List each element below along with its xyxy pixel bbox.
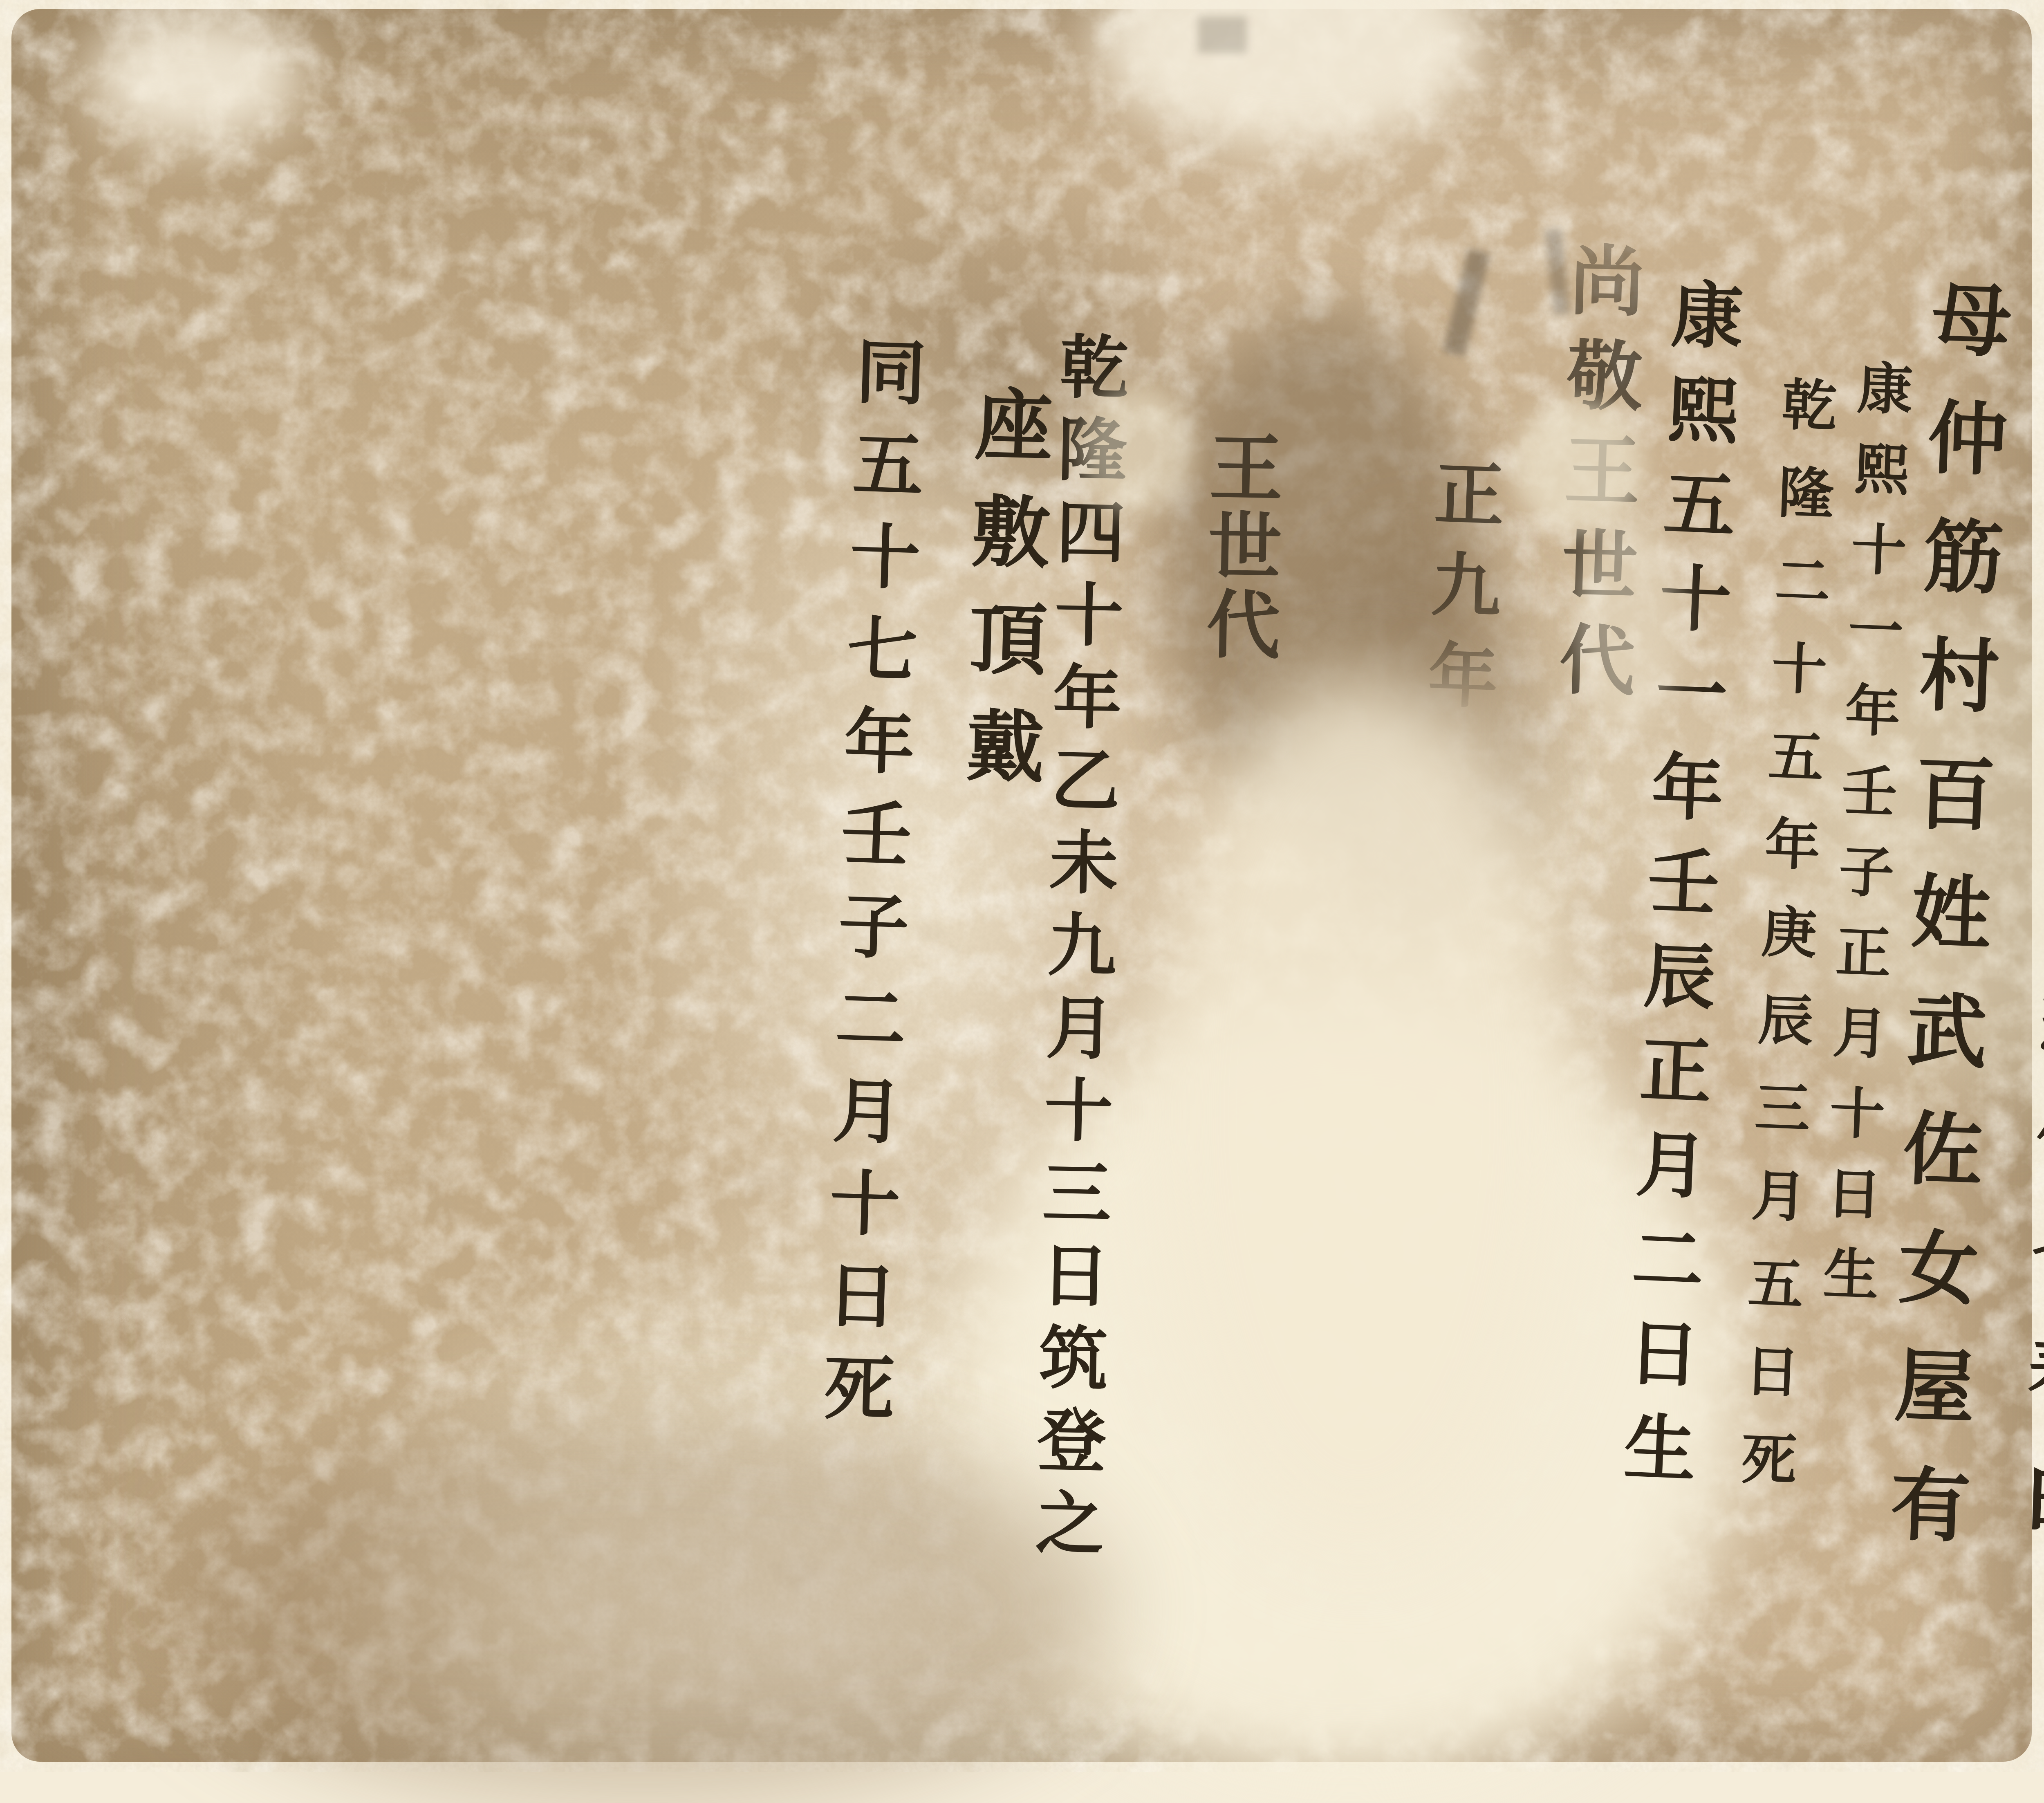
- column-zashiki-grant: 座敷頂戴: [941, 383, 1064, 814]
- column-reign-sho-kei: 尚敬王世代: [1535, 240, 1656, 717]
- column-reign-heading: 王世代: [1183, 428, 1293, 666]
- column-yongzheng-9-year: 正九年: [1405, 456, 1515, 732]
